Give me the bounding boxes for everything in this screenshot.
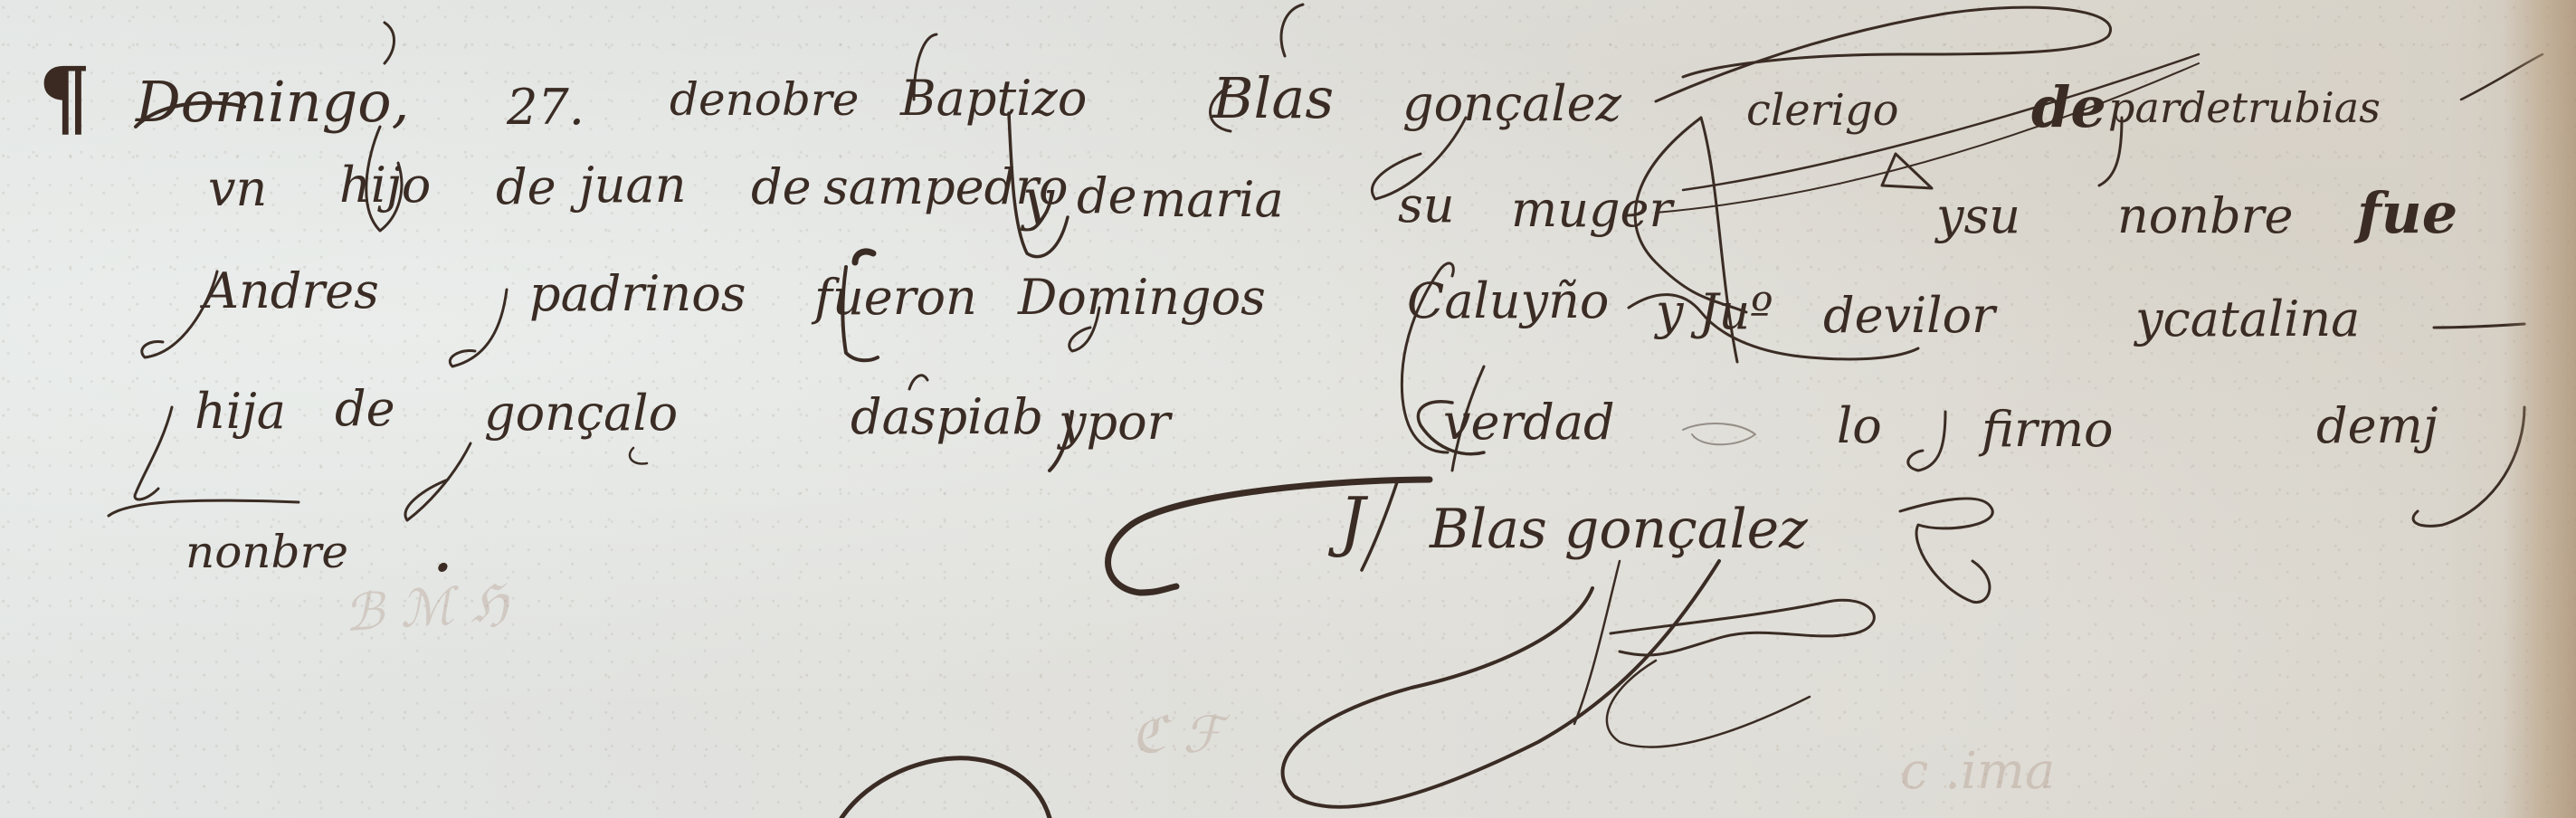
word: Blas <box>1212 71 1334 127</box>
word: gonçalo <box>484 389 678 438</box>
word: nonbre <box>185 529 348 575</box>
manuscript-page: ℬ ℳ ℌ ℭ ℱ c .ima ¶ Domingo, 27. denobre … <box>0 0 2576 818</box>
word: gonçalez <box>1402 80 1621 128</box>
word: juan <box>579 161 687 210</box>
word: muger <box>1511 185 1672 234</box>
word: ysu <box>1936 192 2020 241</box>
word: de <box>335 385 395 433</box>
word: Caluyño <box>1407 277 1609 326</box>
word: su <box>1398 181 1455 230</box>
word: . <box>434 529 452 578</box>
word: clerigo <box>1746 89 1899 132</box>
word: de <box>496 163 556 212</box>
word: verdad <box>1443 398 1615 447</box>
word: fue <box>2357 185 2457 242</box>
word: ycatalina <box>2135 295 2360 344</box>
signature-prefix: J <box>1339 489 1365 554</box>
bleed-through-text: c .ima <box>1900 742 2055 801</box>
word: Domingos <box>1018 273 1266 322</box>
word: lo <box>1837 402 1882 451</box>
word: vn <box>208 165 267 214</box>
word: padrinos <box>529 270 746 319</box>
word: de <box>751 163 812 212</box>
word: fueron <box>814 273 977 322</box>
paragraph-mark-icon: ¶ <box>38 56 91 139</box>
bleed-through-text: ℭ ℱ <box>1131 706 1222 765</box>
word: pardetrubias <box>2108 87 2381 128</box>
bleed-through-text: ℬ ℳ ℌ <box>342 574 510 644</box>
word: maria <box>1140 176 1284 224</box>
word: Domingo, <box>136 74 409 130</box>
word: hija <box>195 387 286 436</box>
word: 27. <box>507 83 585 132</box>
word: daspiab <box>851 393 1043 442</box>
word: demj <box>2316 402 2438 451</box>
word: de <box>2031 80 2106 136</box>
word: devilor <box>1823 291 1995 340</box>
word: ypor <box>1059 398 1170 447</box>
word: denobre <box>670 77 859 122</box>
word: Baptizo <box>900 74 1087 123</box>
word: hijo <box>339 161 431 210</box>
word: firmo <box>1982 405 2114 454</box>
word: y <box>1022 172 1054 228</box>
page-edge <box>2504 0 2576 818</box>
word: de <box>1077 172 1137 221</box>
word: Andres <box>204 267 379 316</box>
word: y Juº <box>1656 288 1773 337</box>
signature-name: Blas gonçalez <box>1430 502 1808 556</box>
word: nonbre <box>2117 192 2293 241</box>
